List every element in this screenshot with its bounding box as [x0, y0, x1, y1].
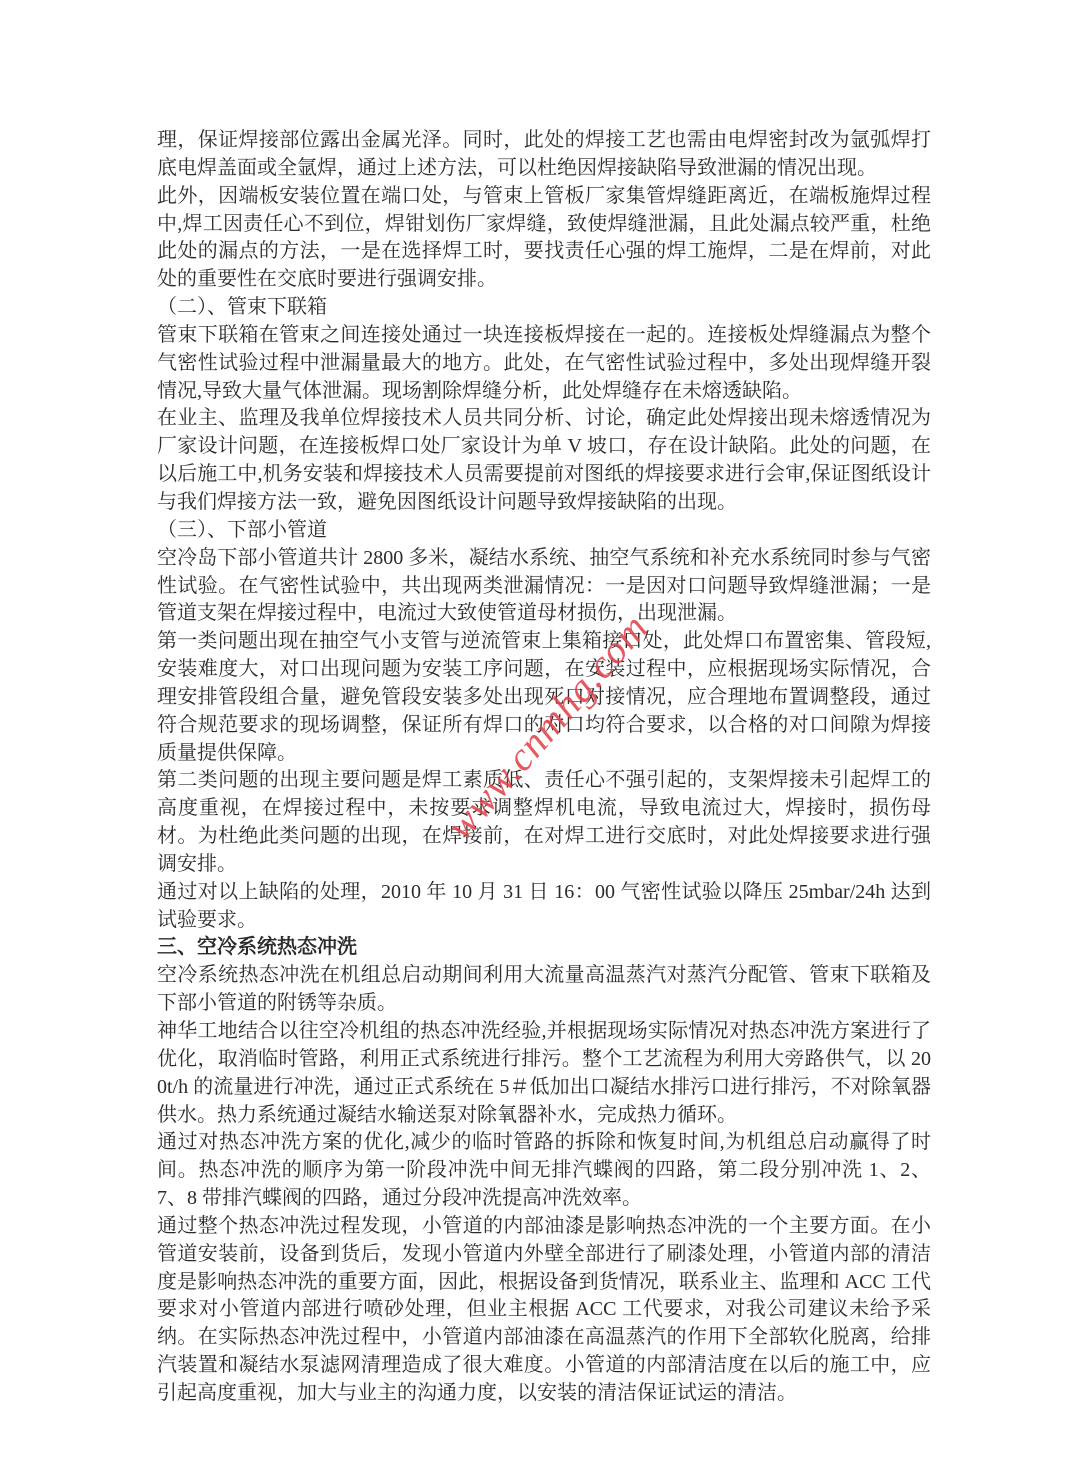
paragraph: 此外，因端板安装位置在端口处，与管束上管板厂家集管焊缝距离近，在端板施焊过程中,… — [157, 183, 931, 294]
document-body-text: 理，保证焊接部位露出金属光泽。同时，此处的焊接工艺也需由电焊密封改为氩弧焊打底电… — [157, 127, 931, 1408]
sub-section-heading: （三）、下部小管道 — [157, 517, 931, 545]
paragraph: 第二类问题的出现主要问题是焊工素质低、责任心不强引起的，支架焊接未引起焊工的高度… — [157, 767, 931, 878]
section-heading: 三、空冷系统热态冲洗 — [157, 934, 931, 962]
paragraph: 管束下联箱在管束之间连接处通过一块连接板焊接在一起的。连接板处焊缝漏点为整个气密… — [157, 322, 931, 406]
paragraph: 通过对以上缺陷的处理，2010 年 10 月 31 日 16：00 气密性试验以… — [157, 879, 931, 935]
paragraph: 通过对热态冲洗方案的优化,减少的临时管路的拆除和恢复时间,为机组总启动赢得了时间… — [157, 1129, 931, 1213]
paragraph: 空冷系统热态冲洗在机组总启动期间利用大流量高温蒸汽对蒸汽分配管、管束下联箱及下部… — [157, 962, 931, 1018]
sub-section-heading: （二）、管束下联箱 — [157, 294, 931, 322]
paragraph: 第一类问题出现在抽空气小支管与逆流管束上集箱接口处，此处焊口布置密集、管段短,安… — [157, 628, 931, 767]
paragraph: 理，保证焊接部位露出金属光泽。同时，此处的焊接工艺也需由电焊密封改为氩弧焊打底电… — [157, 127, 931, 183]
paragraph: 神华工地结合以往空冷机组的热态冲洗经验,并根据现场实际情况对热态冲洗方案进行了优… — [157, 1018, 931, 1129]
document-page: 理，保证焊接部位露出金属光泽。同时，此处的焊接工艺也需由电焊密封改为氩弧焊打底电… — [0, 0, 1072, 1458]
paragraph: 通过整个热态冲洗过程发现，小管道的内部油漆是影响热态冲洗的一个主要方面。在小管道… — [157, 1213, 931, 1408]
paragraph: 在业主、监理及我单位焊接技术人员共同分析、讨论，确定此处焊接出现未熔透情况为厂家… — [157, 405, 931, 516]
paragraph: 空冷岛下部小管道共计 2800 多米，凝结水系统、抽空气系统和补充水系统同时参与… — [157, 545, 931, 629]
